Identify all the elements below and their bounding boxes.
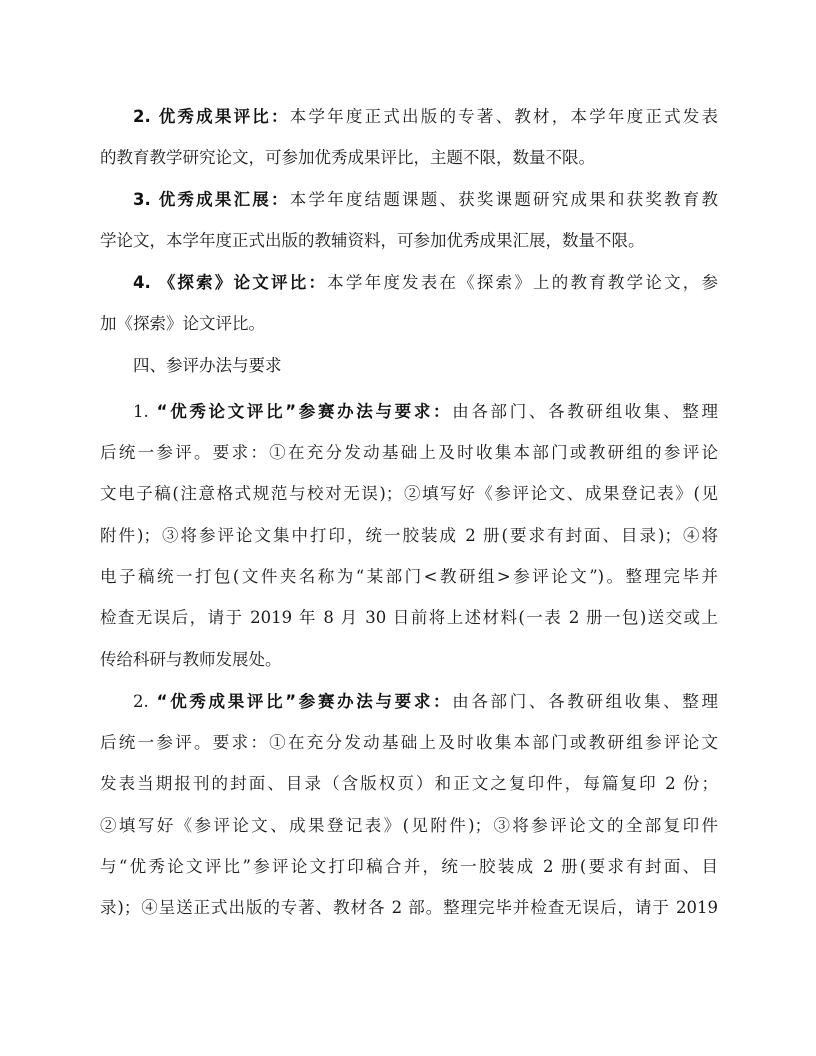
paragraph-line: 2. “优秀成果评比”参赛办法与要求：由各部门、各教研组收集、整理 xyxy=(100,690,718,714)
paragraph-line: 后统一参评。要求：①在充分发动基础上及时收集本部门或教研组的参评论 xyxy=(100,441,718,465)
paragraph-line: 电子稿统一打包(文件夹名称为“某部门<教研组>参评论文”)。整理完毕并 xyxy=(100,565,718,589)
item-label: 4. 《探索》论文评比： xyxy=(133,273,327,292)
paragraph-line: 与“优秀论文评比”参评论文打印稿合并，统一胶装成 2 册(要求有封面、目 xyxy=(100,855,718,879)
item-label: “优秀论文评比”参赛办法与要求： xyxy=(157,402,453,421)
item-label: 3. 优秀成果汇展： xyxy=(133,190,290,209)
paragraph-line: 录)；④呈送正式出版的专著、教材各 2 部。整理完毕并检查无误后，请于 2019 xyxy=(100,896,718,920)
section-heading: 四、参评办法与要求 xyxy=(100,354,718,378)
item-text: 由各部门、各教研组收集、整理 xyxy=(452,402,718,421)
paragraph-line: 加《探索》论文评比。 xyxy=(100,312,718,336)
item-text: 本学年度发表在《探索》上的教育教学论文，参 xyxy=(327,273,718,292)
item-text: 本学年度正式出版的专著、教材，本学年度正式发表 xyxy=(290,107,718,126)
paragraph-line: 附件)；③将参评论文集中打印，统一胶装成 2 册(要求有封面、目录)；④将 xyxy=(100,524,718,548)
item-number: 2. xyxy=(133,692,157,711)
item-text: 本学年度结题课题、获奖课题研究成果和获奖教育教 xyxy=(290,190,718,209)
paragraph-line: 2. 优秀成果评比：本学年度正式出版的专著、教材，本学年度正式发表 xyxy=(100,105,718,129)
paragraph-line: 4. 《探索》论文评比：本学年度发表在《探索》上的教育教学论文，参 xyxy=(100,271,718,295)
paragraph-line: 传给科研与教师发展处。 xyxy=(100,648,718,672)
paragraph-line: 3. 优秀成果汇展：本学年度结题课题、获奖课题研究成果和获奖教育教 xyxy=(100,188,718,212)
item-number: 1. xyxy=(133,402,157,421)
paragraph-line: 发表当期报刊的封面、目录（含版权页）和正文之复印件，每篇复印 2 份； xyxy=(100,772,718,796)
paragraph-line: ②填写好《参评论文、成果登记表》(见附件)；③将参评论文的全部复印件 xyxy=(100,814,718,838)
item-text: 由各部门、各教研组收集、整理 xyxy=(452,692,718,711)
paragraph-line: 1. “优秀论文评比”参赛办法与要求：由各部门、各教研组收集、整理 xyxy=(100,400,718,424)
item-label: “优秀成果评比”参赛办法与要求： xyxy=(157,692,453,711)
paragraph-line: 的教育教学研究论文，可参加优秀成果评比，主题不限，数量不限。 xyxy=(100,146,718,170)
paragraph-line: 检查无误后，请于 2019 年 8 月 30 日前将上述材料(一表 2 册一包)… xyxy=(100,606,718,630)
paragraph-line: 学论文，本学年度正式出版的教辅资料，可参加优秀成果汇展，数量不限。 xyxy=(100,229,718,253)
item-label: 2. 优秀成果评比： xyxy=(133,107,290,126)
paragraph-line: 文电子稿(注意格式规范与校对无误)；②填写好《参评论文、成果登记表》(见 xyxy=(100,482,718,506)
paragraph-line: 后统一参评。要求：①在充分发动基础上及时收集本部门或教研组参评论文 xyxy=(100,731,718,755)
